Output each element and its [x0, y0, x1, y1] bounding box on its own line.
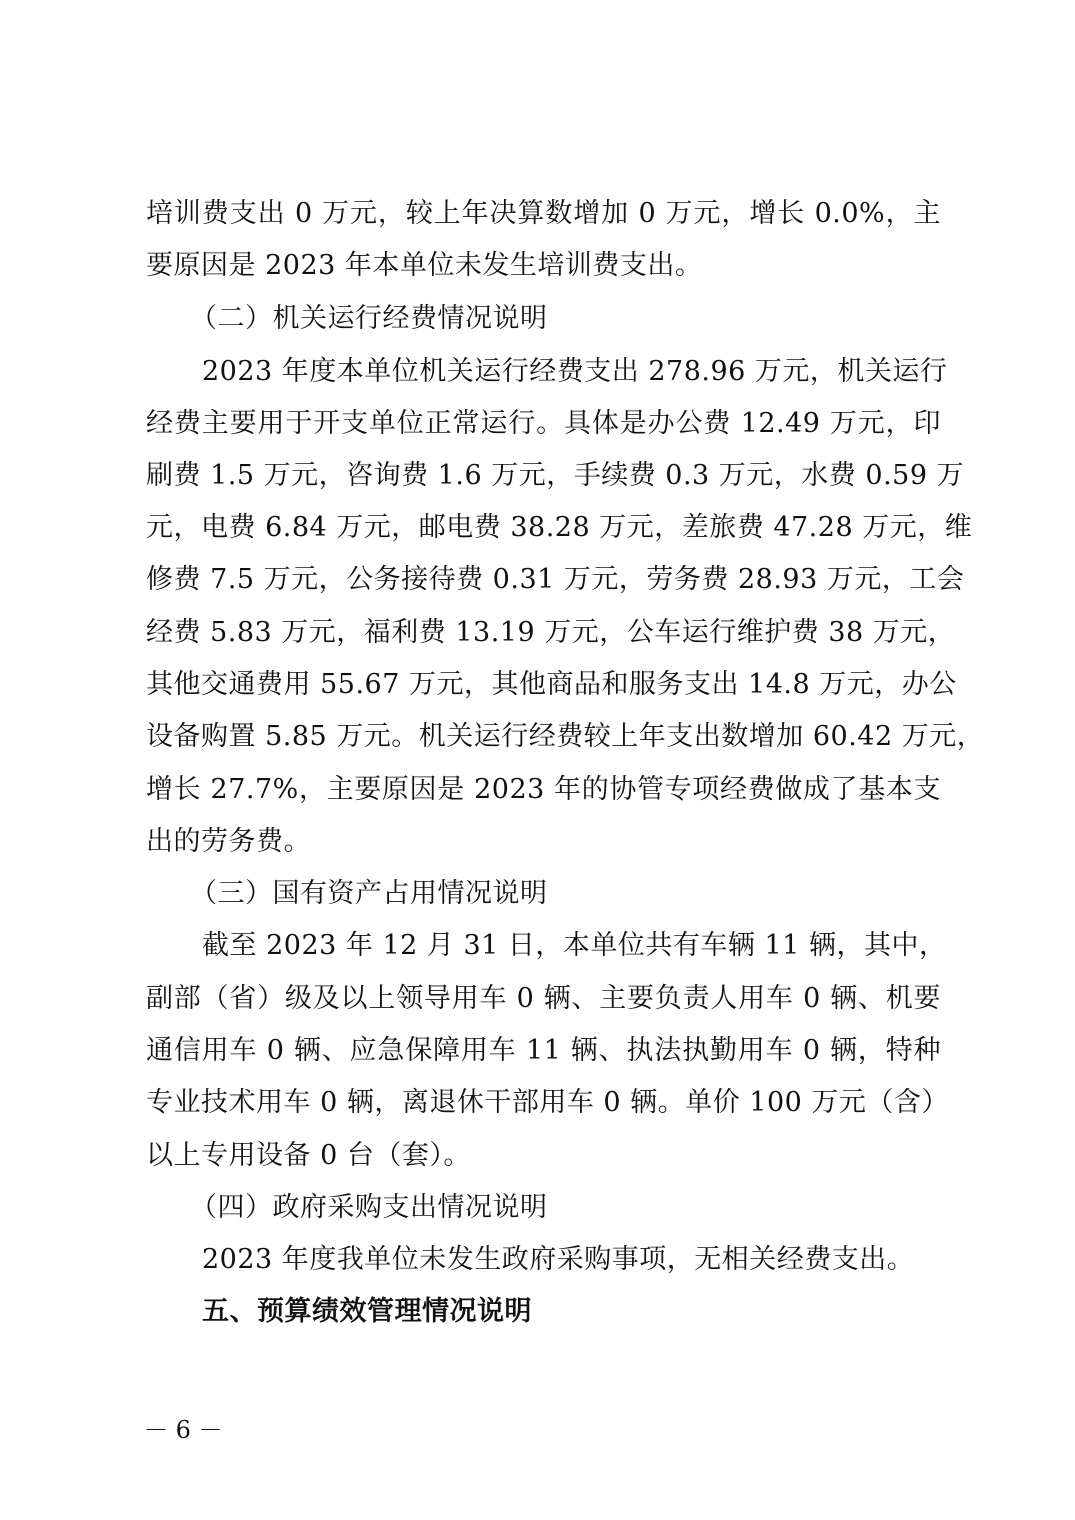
subheading-state-assets: （三）国有资产占用情况说明 — [190, 868, 990, 920]
paragraph-operating-line-1: 2023 年度本单位机关运行经费支出 278.96 万元，机关运行 — [202, 346, 942, 398]
paragraph-operating-line-7: 其他交通费用 55.67 万元，其他商品和服务支出 14.8 万元，办公 — [146, 659, 941, 711]
paragraph-assets-line-1: 截至 2023 年 12 月 31 日，本单位共有车辆 11 辆，其中， — [202, 920, 942, 972]
paragraph-assets-line-2: 副部（省）级及以上领导用车 0 辆、主要负责人用车 0 辆、机要 — [146, 973, 941, 1025]
paragraph-training-fee-line-1: 培训费支出 0 万元，较上年决算数增加 0 万元，增长 0.0%，主 — [146, 188, 941, 240]
paragraph-operating-line-6: 经费 5.83 万元，福利费 13.19 万元，公车运行维护费 38 万元， — [146, 607, 941, 659]
paragraph-operating-line-2: 经费主要用于开支单位正常运行。具体是办公费 12.49 万元，印 — [146, 398, 941, 450]
paragraph-operating-line-4: 元，电费 6.84 万元，邮电费 38.28 万元，差旅费 47.28 万元，维 — [146, 502, 941, 554]
paragraph-operating-line-9: 增长 27.7%，主要原因是 2023 年的协管专项经费做成了基本支 — [146, 764, 941, 816]
heading-budget-performance: 五、预算绩效管理情况说明 — [202, 1286, 1002, 1338]
subheading-operating-expenses: （二）机关运行经费情况说明 — [190, 293, 990, 345]
page-number: － 6 － — [144, 1410, 223, 1450]
paragraph-procurement-line-1: 2023 年度我单位未发生政府采购事项，无相关经费支出。 — [202, 1234, 1002, 1286]
paragraph-assets-line-4: 专业技术用车 0 辆，离退休干部用车 0 辆。单价 100 万元（含） — [146, 1077, 941, 1129]
paragraph-operating-line-10: 出的劳务费。 — [146, 816, 946, 868]
paragraph-operating-line-8: 设备购置 5.85 万元。机关运行经费较上年支出数增加 60.42 万元， — [146, 711, 941, 763]
paragraph-assets-line-3: 通信用车 0 辆、应急保障用车 11 辆、执法执勤用车 0 辆，特种 — [146, 1025, 941, 1077]
paragraph-training-fee-line-2: 要原因是 2023 年本单位未发生培训费支出。 — [146, 240, 946, 292]
paragraph-operating-line-3: 刷费 1.5 万元，咨询费 1.6 万元，手续费 0.3 万元，水费 0.59 … — [146, 450, 941, 502]
document-page: 培训费支出 0 万元，较上年决算数增加 0 万元，增长 0.0%，主 要原因是 … — [0, 0, 1075, 1520]
paragraph-operating-line-5: 修费 7.5 万元，公务接待费 0.31 万元，劳务费 28.93 万元，工会 — [146, 554, 941, 606]
paragraph-assets-line-5: 以上专用设备 0 台（套）。 — [146, 1130, 946, 1182]
subheading-procurement: （四）政府采购支出情况说明 — [190, 1182, 990, 1234]
